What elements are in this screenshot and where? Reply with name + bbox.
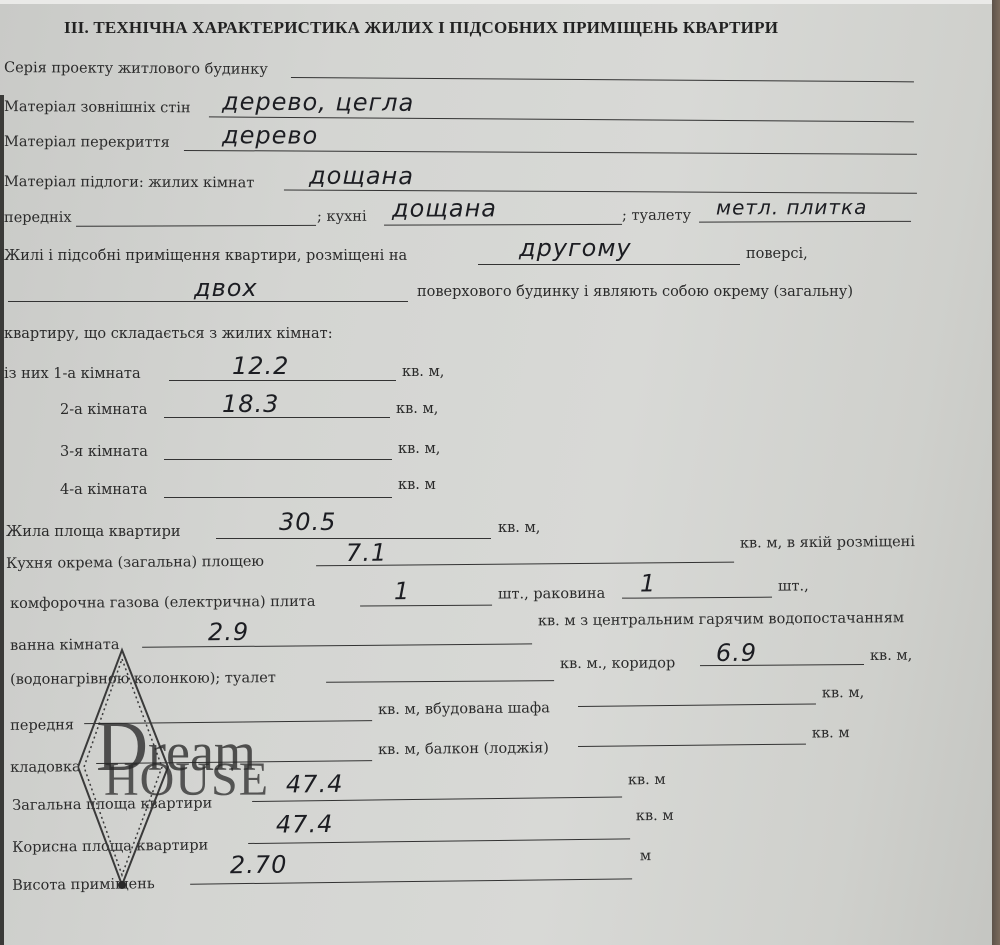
handwritten-value: 7.1: [346, 539, 387, 567]
label-stove: комфорочна газова (електрична) плита: [10, 594, 316, 612]
label: Жилі і підсобні приміщення квартири, роз…: [4, 248, 407, 264]
handwritten-value-kitchen: дощана: [392, 194, 497, 222]
handwritten-value: двох: [194, 274, 258, 302]
field-floor-other: передніх ; кухні дощана ; туалету метл. …: [4, 195, 919, 230]
handwritten-value: 47.4: [286, 770, 344, 799]
label-toilet: ; туалету: [622, 208, 691, 224]
field-room-2: 2-а кімната 18.3 кв. м,: [4, 394, 504, 424]
fill-line: [190, 878, 632, 884]
fill-line-sink: [622, 597, 772, 599]
fill-line: [478, 264, 740, 265]
paper-right-edge: [992, 0, 1000, 945]
unit: кв. м з центральним гарячим водопостачан…: [538, 610, 904, 629]
label-kitchen: ; кухні: [317, 209, 367, 225]
field-project-series: Серія проекту житлового будинку: [4, 58, 914, 88]
handwritten-value: другому: [519, 234, 632, 262]
label: із них 1-а кімната: [4, 366, 141, 382]
unit-corridor: кв. м,: [870, 648, 912, 664]
unit-stove: шт., раковина: [498, 586, 605, 603]
unit: кв. м: [628, 772, 666, 788]
fill-line-kitchen: [384, 224, 622, 226]
label: Матеріал зовнішніх стін: [4, 99, 191, 116]
unit-wardrobe: кв. м,: [822, 685, 865, 701]
suffix: поверхового будинку і являють собою окре…: [417, 284, 853, 300]
fill-line: [169, 380, 396, 381]
fill-line: [164, 497, 392, 498]
handwritten-value-toilet: метл. плитка: [716, 195, 867, 220]
field-floor-living: Матеріал підлоги: жилих кімнат дощана: [4, 162, 919, 197]
handwritten-value: 2.9: [208, 618, 249, 646]
handwritten-value: дерево, цегла: [222, 88, 414, 117]
suffix: поверсі,: [746, 246, 808, 262]
fill-line-wardrobe: [578, 703, 816, 706]
unit-sink: шт.,: [778, 578, 809, 594]
field-room-3: 3-я кімната кв. м,: [4, 436, 504, 466]
fill-line: [291, 77, 914, 82]
label: Матеріал підлоги: жилих кімнат: [4, 174, 254, 191]
handwritten-value-corridor: 6.9: [716, 639, 757, 667]
paper-top-edge: [0, 0, 1000, 4]
fill-line-corridor: [700, 664, 864, 666]
fill-line: [284, 189, 917, 193]
fill-line-toilet: [326, 680, 554, 683]
label: Матеріал перекриття: [4, 134, 170, 151]
field-room-4: 4-а кімната кв. м: [4, 474, 504, 504]
unit-toilet: кв. м., коридор: [560, 655, 675, 672]
watermark-house: HOUSE: [104, 752, 269, 807]
fill-line: [184, 150, 917, 155]
label: 2-а кімната: [60, 402, 147, 418]
label: Серія проекту житлового будинку: [4, 60, 268, 78]
unit: кв. м,: [396, 401, 438, 417]
unit: кв. м: [398, 477, 436, 493]
fill-line: [164, 459, 392, 460]
field-floor-number: Жилі і підсобні приміщення квартири, роз…: [4, 240, 919, 270]
handwritten-value-stove: 1: [394, 577, 410, 605]
field-room-1: із них 1-а кімната 12.2 кв. м,: [4, 356, 504, 386]
field-wall-material: Матеріал зовнішніх стін дерево, цегла: [4, 92, 914, 128]
label: квартиру, що складається з жилих кімнат:: [4, 326, 333, 342]
fill-line: [164, 417, 390, 418]
apartment-intro: квартиру, що складається з жилих кімнат:: [4, 326, 604, 350]
fill-line-toilet: [699, 221, 911, 223]
fill-line-hallway: [76, 225, 316, 227]
unit: кв. м,: [398, 441, 440, 457]
label-hallway: передніх: [4, 210, 72, 226]
label: 3-я кімната: [60, 444, 148, 460]
unit-balcony: кв. м: [812, 725, 850, 741]
label: 4-а кімната: [60, 482, 147, 498]
handwritten-value: дощана: [309, 162, 414, 191]
label: Кухня окрема (загальна) площею: [6, 554, 264, 572]
unit-hallway: кв. м, вбудована шафа: [378, 700, 550, 718]
field-ceiling-height: Висота приміщень 2.70 м: [4, 841, 704, 894]
handwritten-value-sink: 1: [640, 569, 656, 597]
unit-storage: кв. м, балкон (лоджія): [378, 740, 549, 758]
handwritten-value: дерево: [222, 121, 318, 150]
unit: кв. м: [636, 808, 674, 824]
handwritten-value: 47.4: [276, 810, 334, 839]
document-title: III. ТЕХНІЧНА ХАРАКТЕРИСТИКА ЖИЛИХ І ПІД…: [64, 18, 778, 38]
field-building-floors: двох поверхового будинку і являють собою…: [4, 276, 919, 308]
unit: кв. м, в якій розміщені: [740, 534, 915, 552]
label-toilet: (водонагрівною колонкою); туалет: [10, 670, 276, 688]
fill-line-balcony: [578, 744, 806, 747]
label: Висота приміщень: [12, 876, 155, 894]
fill-line-stove: [360, 605, 492, 607]
handwritten-value: 12.2: [232, 352, 289, 380]
unit: м: [640, 848, 651, 864]
unit: кв. м,: [402, 364, 444, 380]
fill-line: [8, 301, 408, 302]
field-kitchen-area: Кухня окрема (загальна) площею 7.1 кв. м…: [4, 530, 944, 574]
field-ceiling-material: Матеріал перекриття дерево: [4, 126, 919, 161]
handwritten-value: 30.5: [279, 508, 336, 536]
handwritten-value: 18.3: [222, 390, 279, 418]
handwritten-value: 2.70: [230, 851, 288, 880]
